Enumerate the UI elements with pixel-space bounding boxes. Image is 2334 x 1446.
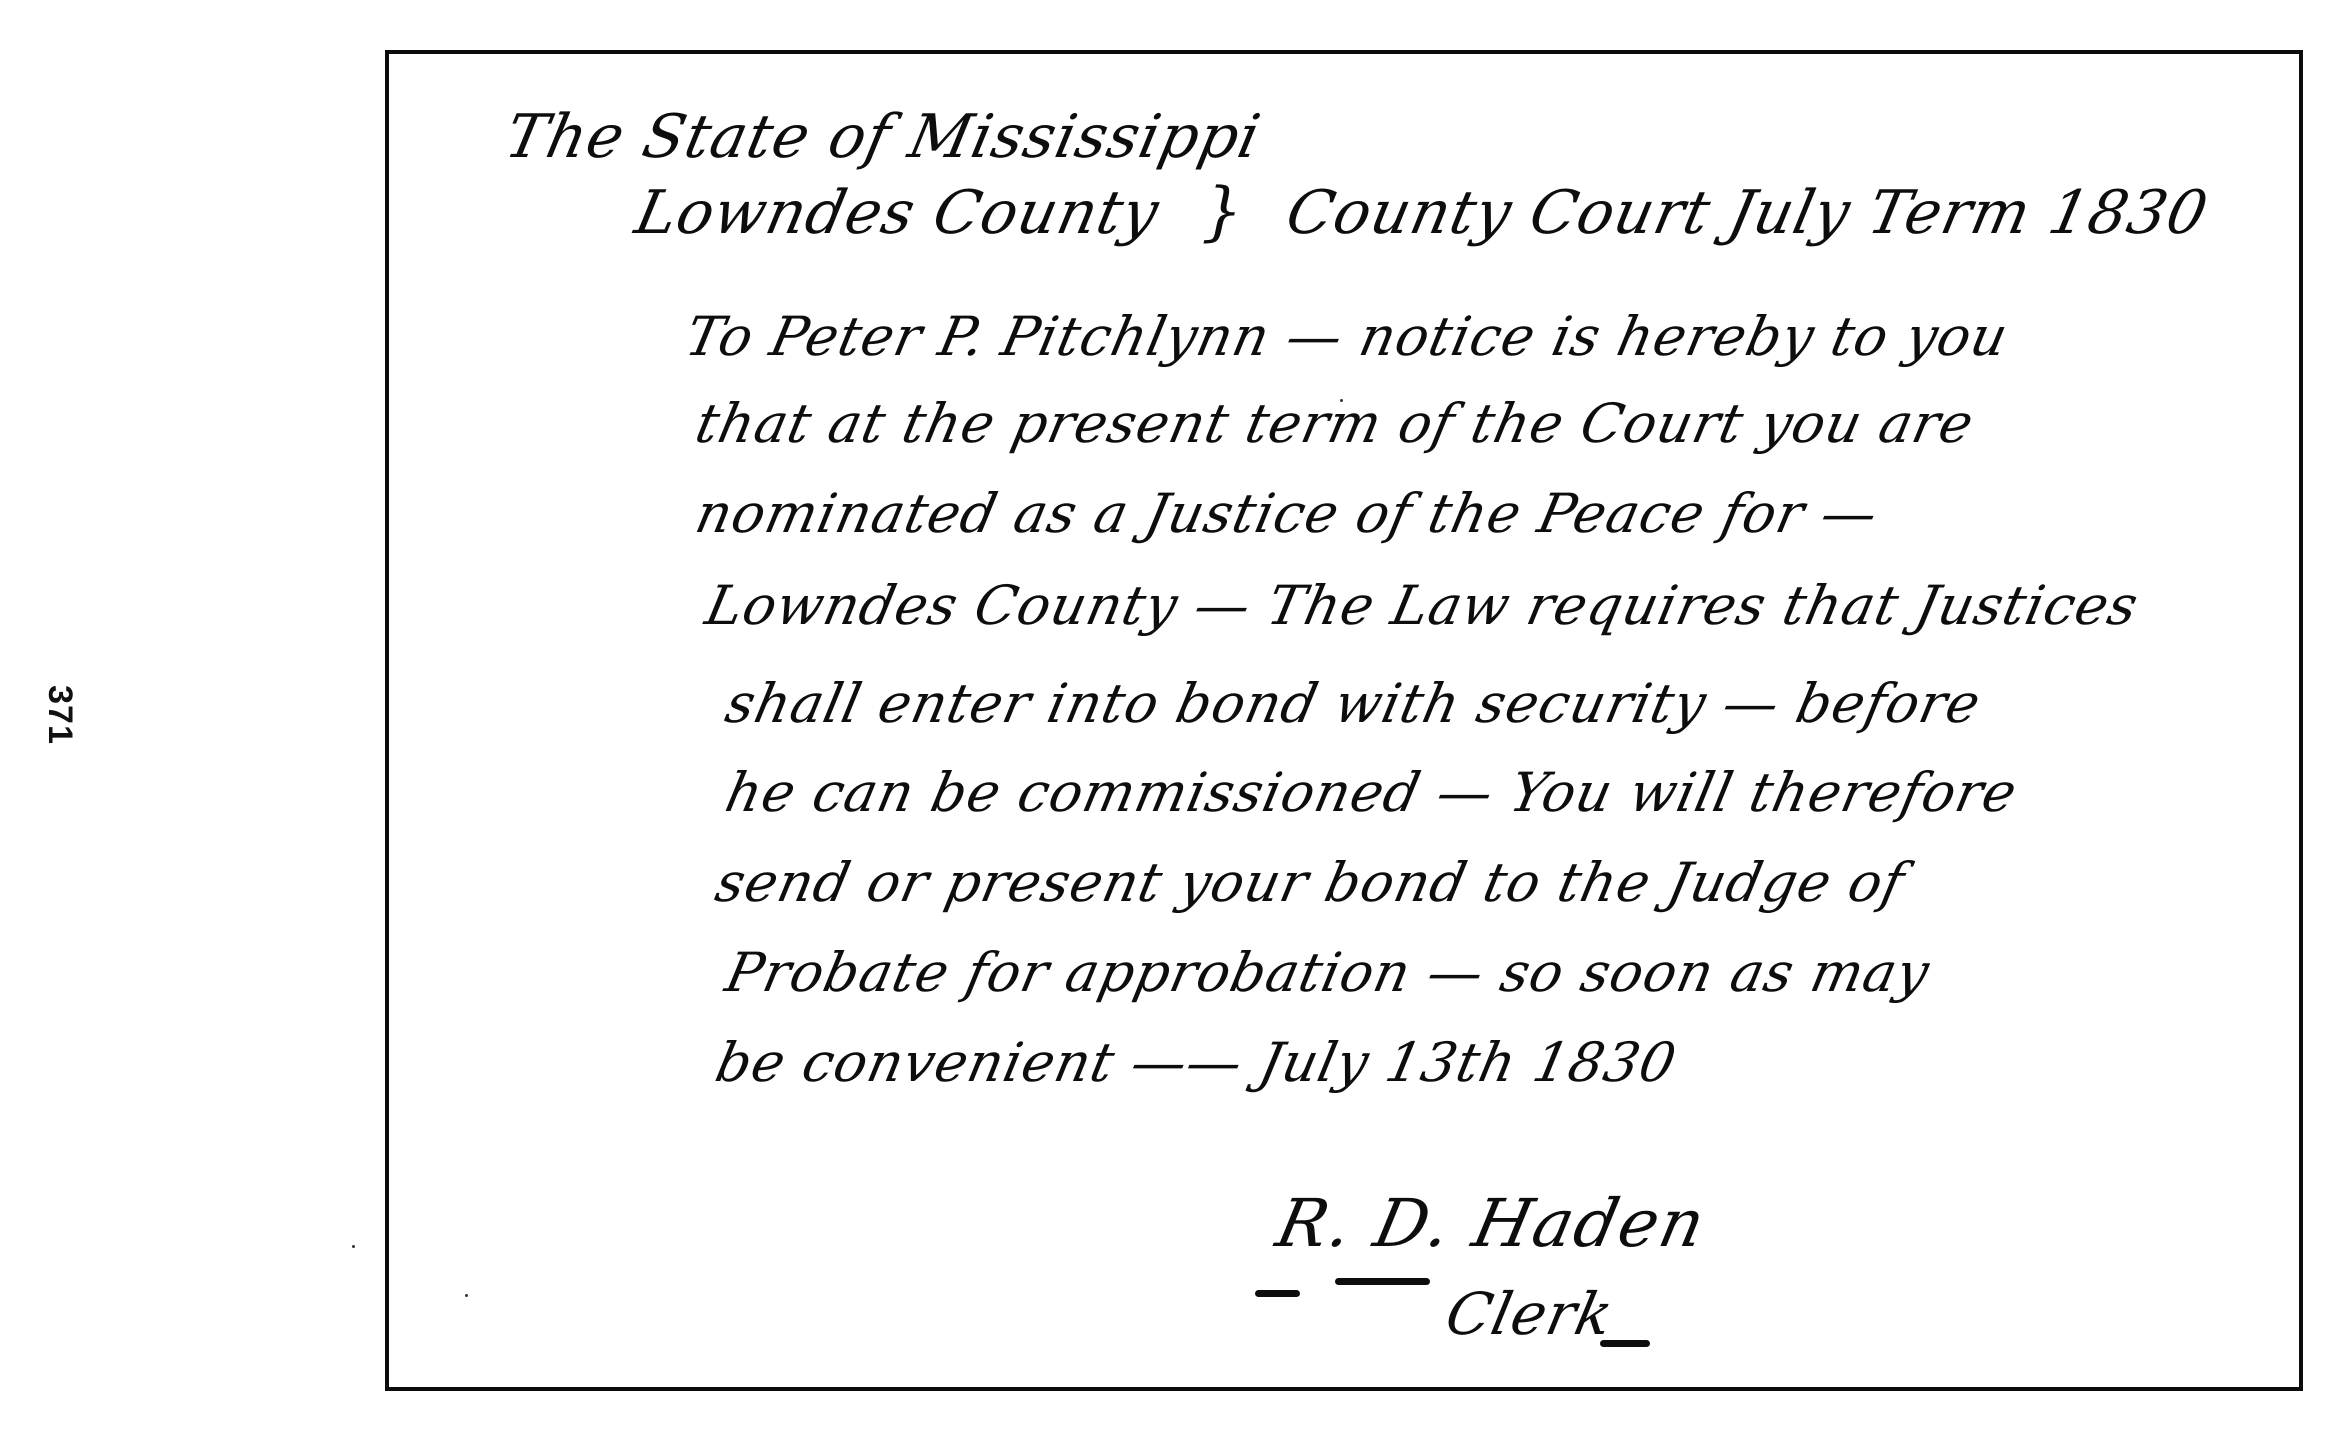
heading-court-term: County Court July Term 1830 — [1280, 178, 2214, 248]
signature-name: R. D. Haden — [1270, 1185, 1713, 1262]
body-line-7: send or present your bond to the Judge o… — [710, 851, 1910, 915]
signature-underline-left — [1255, 1290, 1300, 1297]
body-line-8: Probate for approbation — so soon as may — [720, 941, 1935, 1005]
page-number: 371 — [35, 685, 85, 745]
signature-title: Clerk — [1440, 1280, 1620, 1348]
signature-title-dash — [1600, 1340, 1650, 1347]
signature-underline-right — [1335, 1278, 1430, 1285]
heading-state-text: The State of Mississippi — [499, 102, 1266, 172]
body-line-2: that at the present term of the Court yo… — [690, 392, 1980, 456]
scan-speck — [352, 1245, 355, 1248]
body-line-5: shall enter into bond with security — be… — [720, 672, 1987, 736]
heading-state: The State of Mississippi — [500, 105, 1266, 169]
body-line-6: he can be commissioned — You will theref… — [720, 761, 2023, 825]
body-line-4: Lowndes County — The Law requires that J… — [700, 574, 2144, 638]
body-line-9: be convenient —— July 13th 1830 — [710, 1031, 1682, 1095]
scan-speck — [465, 1294, 468, 1297]
body-line-3: nominated as a Justice of the Peace for … — [690, 482, 1884, 546]
heading-county: Lowndes County — [629, 178, 1165, 248]
scan-speck — [1340, 399, 1343, 402]
heading-brace: } — [1194, 175, 1251, 249]
body-line-1: To Peter P. Pitchlynn — notice is hereby… — [680, 305, 2014, 369]
heading-county-court: Lowndes County } County Court July Term … — [630, 180, 2214, 245]
